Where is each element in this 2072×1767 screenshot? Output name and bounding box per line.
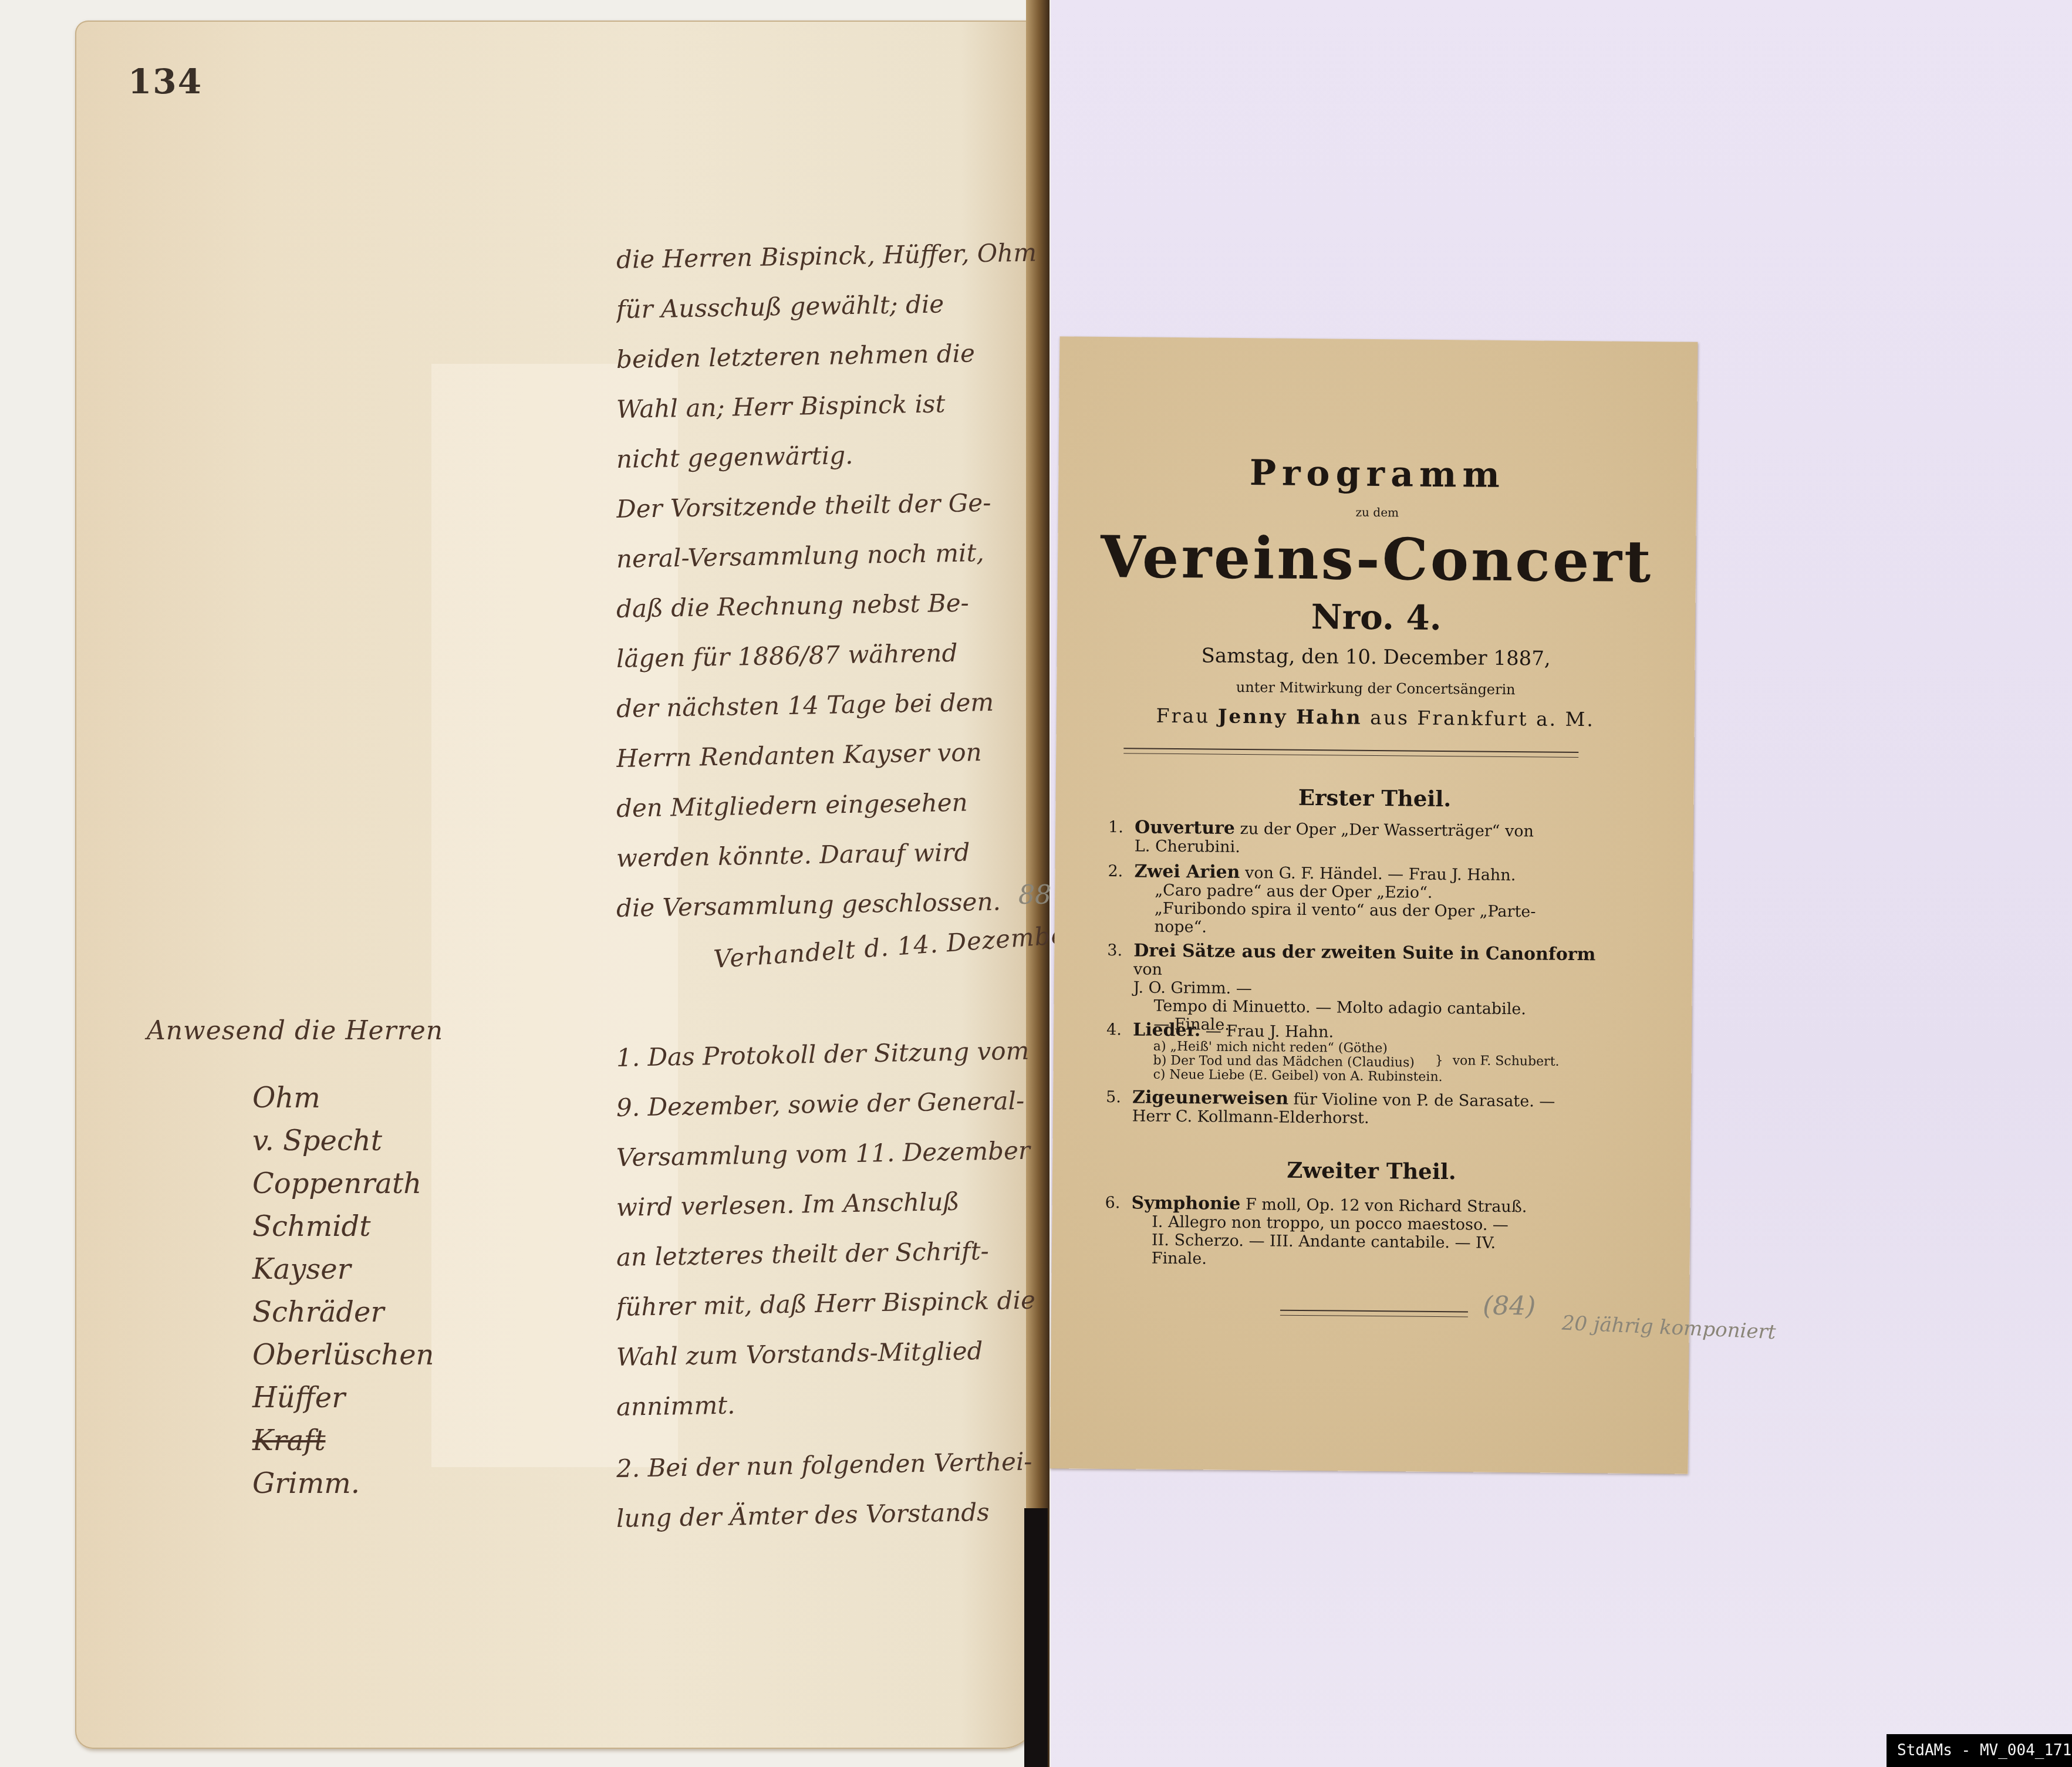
programme-title: Programm: [1058, 451, 1697, 497]
agenda-line: 1. Das Protokoll der Sitzung vom: [616, 1025, 1039, 1083]
singer-suffix: aus Frankfurt a. M.: [1370, 706, 1595, 731]
programme-item-1: 1. Ouverture zu der Oper „Der Wasserträg…: [1108, 818, 1629, 860]
double-rule-divider: [1123, 748, 1578, 758]
minutes-line: die Versammlung geschlossen.: [616, 876, 1039, 933]
margin-pencil-number: 88: [1018, 880, 1051, 910]
agenda-line: 9. Dezember, sowie der General-: [616, 1075, 1039, 1133]
minutes-line: daß die Rechnung nebst Be-: [616, 576, 1039, 634]
attendance-heading: Anwesend die Herren: [147, 1018, 443, 1044]
part-one-heading: Erster Theil.: [1055, 782, 1693, 813]
minutes-line: nicht gegenwärtig.: [616, 427, 1039, 484]
part-two-heading: Zweiter Theil.: [1052, 1155, 1690, 1186]
agenda-line: an letzteres theilt der Schrift-: [616, 1225, 1039, 1282]
attendee-name: Hüffer: [252, 1377, 434, 1420]
attendance-list: Ohm v. Specht Coppenrath Schmidt Kayser …: [252, 1077, 434, 1505]
minutes-line: beiden letzteren nehmen die: [616, 327, 1039, 384]
agenda-line: Versammlung vom 11. Dezember: [616, 1125, 1039, 1182]
minutes-line: Herrn Rendanten Kayser von: [616, 726, 1039, 783]
singer-name: Jenny Hahn: [1218, 705, 1362, 729]
programme-singer: Frau Jenny Hahn aus Frankfurt a. M.: [1057, 703, 1695, 731]
attendee-name: Schmidt: [252, 1205, 434, 1248]
programme-date: Samstag, den 10. December 1887,: [1057, 643, 1695, 671]
programme-item-4: 4. Lieder. — Frau J. Hahn. a) „Heiß' mic…: [1106, 1021, 1627, 1086]
agenda-line: führer mit, daß Herr Bispinck die: [616, 1275, 1039, 1332]
attendee-name: v. Specht: [252, 1120, 434, 1163]
minutes-line: die Herren Bispinck, Hüffer, Ohm: [616, 227, 1039, 285]
concert-programme-card: Programm zu dem Vereins-Concert Nro. 4. …: [1050, 336, 1698, 1474]
book-spine-shadow: [1024, 1508, 1048, 1767]
page-number: 134: [128, 62, 203, 102]
minutes-line: werden könnte. Darauf wird: [616, 826, 1039, 883]
programme-number: Nro. 4.: [1057, 594, 1696, 640]
song-brace: }: [1435, 1052, 1443, 1070]
attendee-name-struck: Kraft: [252, 1420, 434, 1462]
minutes-line: lägen für 1886/87 während: [616, 626, 1039, 684]
agenda-line: Wahl zum Vorstands-Mitglied: [616, 1325, 1039, 1382]
minutes-text-block: die Herren Bispinck, Hüffer, Ohm für Aus…: [616, 235, 1039, 933]
programme-item-5: 5. Zigeunerweisen für Violine von P. de …: [1106, 1088, 1627, 1130]
agenda-line: 2. Bei der nun folgenden Verthei-: [616, 1436, 1039, 1494]
minutes-line: Wahl an; Herr Bispinck ist: [616, 377, 1039, 434]
singer-prefix: Frau: [1156, 704, 1210, 728]
attendee-name: Coppenrath: [252, 1163, 434, 1205]
programme-concert-title: Vereins-Concert: [1058, 523, 1696, 596]
programme-item-2: 2. Zwei Arien von G. F. Händel. — Frau J…: [1108, 862, 1629, 940]
attendee-name: Schräder: [252, 1291, 434, 1334]
programme-zu-dem: zu dem: [1058, 502, 1696, 522]
attendee-name: Kayser: [252, 1248, 434, 1291]
programme-item-6: 6. Symphonie F moll, Op. 12 von Richard …: [1105, 1194, 1626, 1272]
programme-with: unter Mitwirkung der Concertsängerin: [1057, 677, 1695, 699]
closing-rule: [1280, 1310, 1468, 1317]
minutes-line: der nächsten 14 Tage bei dem: [616, 676, 1039, 734]
archive-label: StdAMs - MV_004_171: [1887, 1734, 2072, 1767]
agenda-text-block: 1. Das Protokoll der Sitzung vom 9. Deze…: [616, 1033, 1039, 1543]
attendee-name: Grimm.: [252, 1462, 434, 1505]
minutes-line: den Mitgliedern eingesehen: [616, 776, 1039, 833]
minutes-line: Der Vorsitzende theilt der Ge-: [616, 477, 1039, 534]
minutes-line: für Ausschuß gewählt; die: [616, 277, 1039, 335]
pencil-number: (84): [1483, 1291, 1536, 1322]
agenda-line: wird verlesen. Im Anschluß: [616, 1175, 1039, 1232]
agenda-line: lung der Ämter des Vorstands: [616, 1486, 1039, 1543]
minutes-line: neral-Versammlung noch mit,: [616, 526, 1039, 584]
agenda-line: annimmt.: [616, 1374, 1039, 1432]
attendee-name: Oberlüschen: [252, 1334, 434, 1377]
attendee-name: Ohm: [252, 1077, 434, 1120]
